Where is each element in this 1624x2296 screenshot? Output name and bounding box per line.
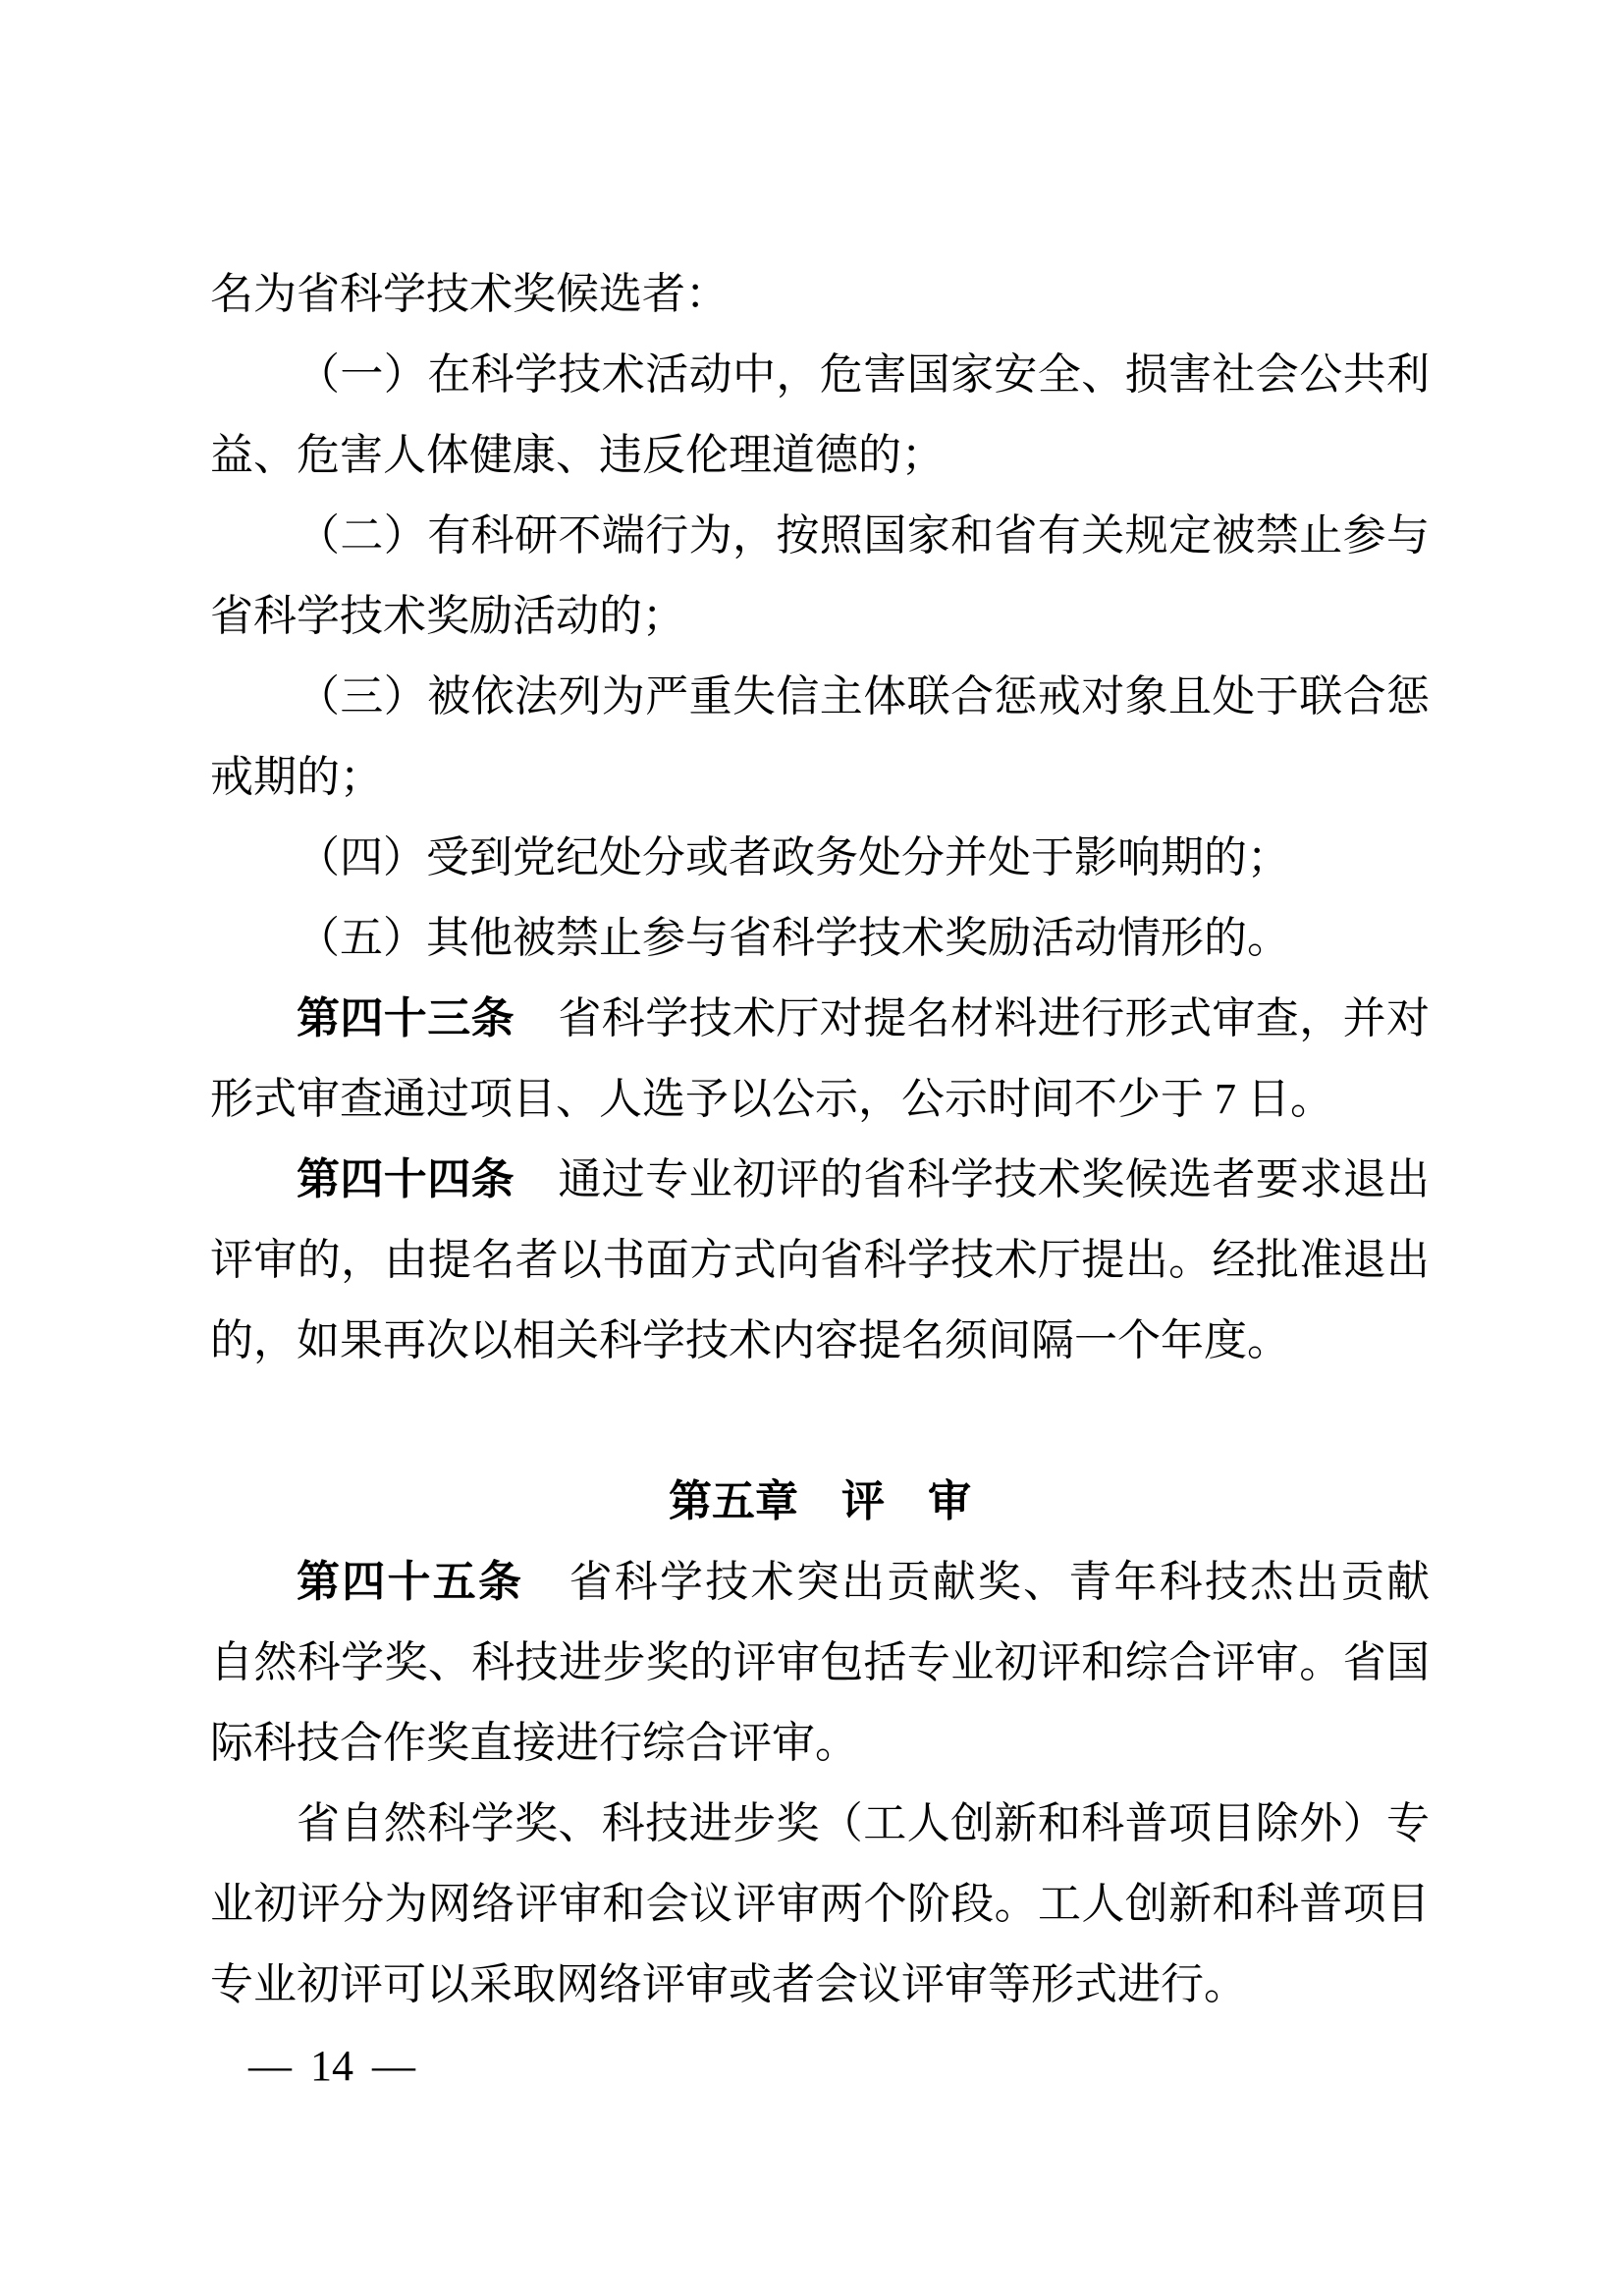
text-line-para-2-cont-1: 业初评分为网络评审和会议评审两个阶段。工人创新和科普项目: [210, 1864, 1430, 1945]
text-line-article-44-cont-2: 的，如果再次以相关科学技术内容提名须间隔一个年度。: [210, 1301, 1430, 1381]
text-line-article-45-cont-2: 际科技合作奖直接进行综合评审。: [210, 1703, 1430, 1784]
article-44-number: 第四十四条: [297, 1155, 514, 1203]
text-line-continuation: 名为省科学技术奖候选者：: [210, 254, 1430, 335]
text-line-para-2-cont-2: 专业初评可以采取网络评审或者会议评审等形式进行。: [210, 1945, 1430, 2025]
text-line-article-43-cont: 形式审查通过项目、人选予以公示，公示时间不少于 7 日。: [210, 1059, 1430, 1140]
text-line-para-2: 省自然科学奖、科技进步奖（工人创新和科普项目除外）专: [210, 1784, 1430, 1864]
text-line-article-44: 第四十四条 通过专业初评的省科学技术奖候选者要求退出: [210, 1140, 1430, 1220]
text-line-item-2-cont: 省科学技术奖励活动的；: [210, 576, 1430, 657]
text-line-article-45: 第四十五条 省科学技术突出贡献奖、青年科技杰出贡献奖、: [210, 1542, 1430, 1623]
page-number: — 14 —: [248, 2026, 415, 2107]
article-45-number: 第四十五条: [297, 1558, 523, 1606]
text-line-item-3: （三）被依法列为严重失信主体联合惩戒对象且处于联合惩: [210, 657, 1430, 737]
article-44-text: 通过专业初评的省科学技术奖候选者要求退出: [514, 1155, 1430, 1203]
article-43-text: 省科学技术厅对提名材料进行形式审查，并对: [514, 994, 1430, 1042]
text-line-item-2: （二）有科研不端行为，按照国家和省有关规定被禁止参与: [210, 496, 1430, 576]
text-line-item-5: （五）其他被禁止参与省科学技术奖励活动情形的。: [210, 898, 1430, 979]
document-body: 名为省科学技术奖候选者： （一）在科学技术活动中，危害国家安全、损害社会公共利 …: [210, 254, 1430, 2025]
blank-line: [210, 1381, 1430, 1462]
document-page: 名为省科学技术奖候选者： （一）在科学技术活动中，危害国家安全、损害社会公共利 …: [0, 0, 1624, 2296]
text-line-article-45-cont-1: 自然科学奖、科技进步奖的评审包括专业初评和综合评审。省国: [210, 1623, 1430, 1703]
text-line-item-1-cont: 益、危害人体健康、违反伦理道德的；: [210, 415, 1430, 496]
article-43-number: 第四十三条: [297, 994, 514, 1042]
text-line-article-43: 第四十三条 省科学技术厅对提名材料进行形式审查，并对: [210, 979, 1430, 1059]
text-line-article-44-cont-1: 评审的，由提名者以书面方式向省科学技术厅提出。经批准退出: [210, 1220, 1430, 1301]
chapter-5-heading: 第五章 评 审: [210, 1462, 1430, 1542]
text-line-item-3-cont: 戒期的；: [210, 737, 1430, 818]
text-line-item-4: （四）受到党纪处分或者政务处分并处于影响期的；: [210, 818, 1430, 898]
text-line-item-1: （一）在科学技术活动中，危害国家安全、损害社会公共利: [210, 335, 1430, 415]
